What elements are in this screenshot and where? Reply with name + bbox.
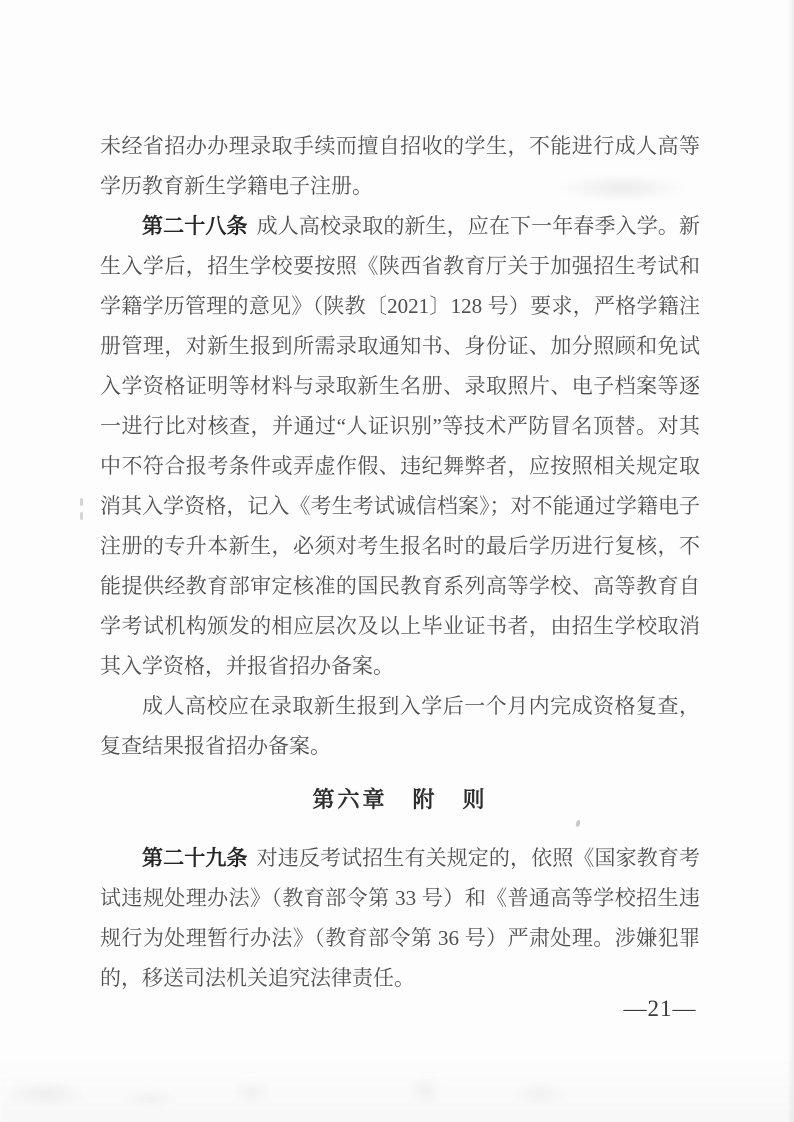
scanned-document-page: 未经省招办办理录取手续而擅自招收的学生，不能进行成人高等学历教育新生学籍电子注册…: [0, 0, 794, 1122]
document-body: 未经省招办办理录取手续而擅自招收的学生，不能进行成人高等学历教育新生学籍电子注册…: [100, 126, 700, 998]
page-number: —21—: [615, 996, 705, 1022]
paragraph-continuation: 未经省招办办理录取手续而擅自招收的学生，不能进行成人高等学历教育新生学籍电子注册…: [100, 126, 700, 206]
article-28-text: 成人高校录取的新生，应在下一年春季入学。新生入学后，招生学校要按照《陕西省教育厅…: [100, 214, 700, 678]
scan-edge-shade: [787, 0, 794, 1122]
scan-margin-mark: [80, 498, 83, 506]
article-28-label: 第二十八条: [142, 214, 248, 238]
article-29-label: 第二十九条: [142, 846, 248, 870]
scan-margin-mark: [80, 512, 83, 520]
scan-bottom-noise: [0, 1060, 794, 1122]
chapter-6-heading: 第六章 附 则: [100, 780, 700, 820]
paragraph-article-29: 第二十九条对违反考试招生有关规定的，依照《国家教育考试违规处理办法》（教育部令第…: [100, 838, 700, 998]
paragraph-article-28: 第二十八条成人高校录取的新生，应在下一年春季入学。新生入学后，招生学校要按照《陕…: [100, 206, 700, 686]
paragraph-qualification-recheck: 成人高校应在录取新生报到入学后一个月内完成资格复查，复查结果报省招办备案。: [100, 686, 700, 766]
